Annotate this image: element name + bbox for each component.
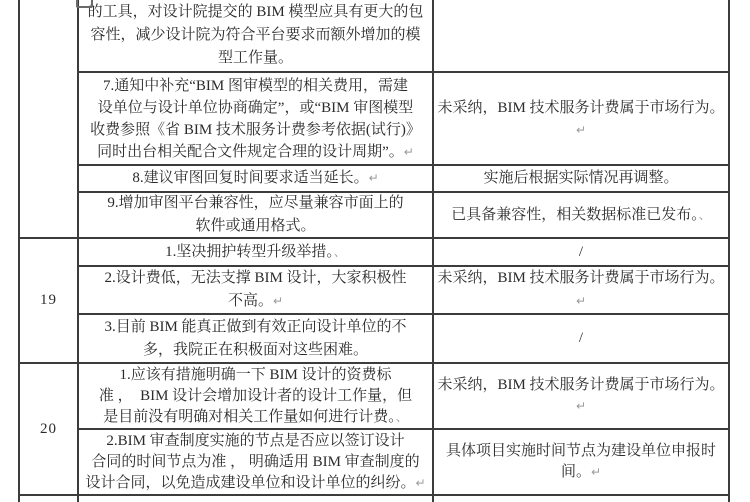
cell-response: / [434,315,728,362]
comment-text: 8.建议审图回复时间要求适当延长。 [132,170,368,186]
cell-response: 未采纳，BIM 技术服务计费属于市场行为。↵ [434,73,728,164]
response-text: / [579,330,583,346]
group-number-cell: 20 [20,364,79,494]
cell-response: 实施后根据实际情况再调整。 [434,166,728,191]
cell-comment: 的工具，对设计院提交的 BIM 模型应具有更大的包 容性，减少设计院为符合平台要… [79,0,434,71]
table-row: 3.目前 BIM 能真正做到有效正向设计单位的不 多，我院正在积极面对这些困难。… [79,315,728,362]
table-row [79,496,728,502]
response-text: 已具备兼容性，相关数据标准已发布。 [451,207,699,223]
table-row: 1.应该有措施明确一下 BIM 设计的资费标 准 ， BIM 设计会增加设计者的… [79,364,728,430]
comment-text: 3.目前 BIM 能真正做到有效正向设计单位的不 多，我院正在积极面对这些困难。 [104,319,406,358]
cell-comment: 8.建议审图回复时间要求适当延长。↵ [79,166,434,191]
group-number: 19 [40,292,57,309]
cell-comment: 2.设计费低，无法支撑 BIM 设计，大家积极性 不高。↵ [79,267,434,313]
table-row: 2.设计费低，无法支撑 BIM 设计，大家积极性 不高。↵ 未采纳，BIM 技术… [79,267,728,315]
group-number-cell: 19 [20,239,79,362]
response-text: 实施后根据实际情况再调整。 [483,170,678,186]
cell-comment: 9.增加审图平台兼容性，应尽量兼容市面上的 软件或通用格式。 [79,193,434,237]
cell-response: / [434,239,728,265]
paragraph-mark-icon: ↵ [415,476,425,490]
paragraph-mark-icon: ↵ [576,399,586,413]
paragraph-mark-icon: 、 [699,208,711,222]
response-text: 未采纳，BIM 技术服务计费属于市场行为。 [437,270,724,286]
paragraph-mark-icon: ↵ [591,465,601,479]
comment-text: 7.通知中补充“BIM 图审模型的相关费用，需建 设单位与设计单位协商确定”，或… [90,78,421,160]
table-row: 9.增加审图平台兼容性，应尽量兼容市面上的 软件或通用格式。 已具备兼容性，相关… [79,193,728,237]
cell-comment: 3.目前 BIM 能真正做到有效正向设计单位的不 多，我院正在积极面对这些困难。 [79,315,434,362]
document-page: 的工具，对设计院提交的 BIM 模型应具有更大的包 容性，减少设计院为符合平台要… [0,0,750,502]
cell-comment [79,496,434,502]
cut-off-digit-remnant [76,0,93,8]
comment-text: 2.设计费低，无法支撑 BIM 设计，大家积极性 不高。 [104,270,406,309]
comment-text: 的工具，对设计院提交的 BIM 模型应具有更大的包 容性，减少设计院为符合平台要… [88,4,424,66]
table-row: 7.通知中补充“BIM 图审模型的相关费用，需建 设单位与设计单位协商确定”，或… [79,73,728,166]
table-row: 8.建议审图回复时间要求适当延长。↵ 实施后根据实际情况再调整。 [79,166,728,193]
cell-comment: 2.BIM 审查制度实施的节点是否应以签订设计 合同的时间节点为准 ， 明确适用… [79,430,434,494]
paragraph-mark-icon: ↵ [273,294,283,308]
cell-response: 未采纳，BIM 技术服务计费属于市场行为。↵ [434,364,728,428]
paragraph-mark-icon: 、 [334,245,346,259]
paragraph-mark-icon: ↵ [576,123,586,137]
cell-response [434,496,728,502]
table-row: 2.BIM 审查制度实施的节点是否应以签订设计 合同的时间节点为准 ， 明确适用… [79,430,728,494]
comment-text: 2.BIM 审查制度实施的节点是否应以签订设计 合同的时间节点为准 ， 明确适用… [85,433,419,491]
comment-text: 1.坚决拥护转型升级举措。 [165,244,334,260]
group-number-cell [20,0,79,237]
cell-response: 具体项目实施时间节点为建设单位申报时 间。↵ [434,430,728,494]
paragraph-mark-icon: ↵ [369,171,379,185]
cell-response: 未采纳，BIM 技术服务计费属于市场行为。↵ [434,267,728,313]
comment-text: 9.增加审图平台兼容性，应尽量兼容市面上的 软件或通用格式。 [107,195,403,234]
cell-comment: 1.坚决拥护转型升级举措。、 [79,239,434,265]
row-group-prev: 的工具，对设计院提交的 BIM 模型应具有更大的包 容性，减少设计院为符合平台要… [20,0,728,239]
row-group-19: 19 1.坚决拥护转型升级举措。、 / 2.设计费低，无法支撑 BIM 设计，大… [20,239,728,364]
table-row: 的工具，对设计院提交的 BIM 模型应具有更大的包 容性，减少设计院为符合平台要… [79,0,728,73]
row-group-next-sliver [20,496,728,502]
response-text: 具体项目实施时间节点为建设单位申报时 间。 [446,443,716,480]
comment-text: 1.应该有措施明确一下 BIM 设计的资费标 准 ， BIM 设计会增加设计者的… [99,367,412,425]
feedback-table: 的工具，对设计院提交的 BIM 模型应具有更大的包 容性，减少设计院为符合平台要… [18,0,730,502]
table-row: 1.坚决拥护转型升级举措。、 / [79,239,728,267]
cell-comment: 1.应该有措施明确一下 BIM 设计的资费标 准 ， BIM 设计会增加设计者的… [79,364,434,428]
paragraph-mark-icon: ↵ [404,145,414,159]
paragraph-mark-icon: 、 [396,410,408,424]
paragraph-mark-icon: ↵ [576,294,586,308]
group-number: 20 [40,421,57,438]
response-text: 未采纳，BIM 技术服务计费属于市场行为。 [437,377,724,393]
row-group-20: 20 1.应该有措施明确一下 BIM 设计的资费标 准 ， BIM 设计会增加设… [20,364,728,496]
group-number-cell [20,496,79,502]
cell-response: 已具备兼容性，相关数据标准已发布。、 [434,193,728,237]
response-text: 未采纳，BIM 技术服务计费属于市场行为。 [437,100,724,116]
response-text: / [579,244,583,260]
cell-response [434,0,728,71]
cell-comment: 7.通知中补充“BIM 图审模型的相关费用，需建 设单位与设计单位协商确定”，或… [79,73,434,164]
